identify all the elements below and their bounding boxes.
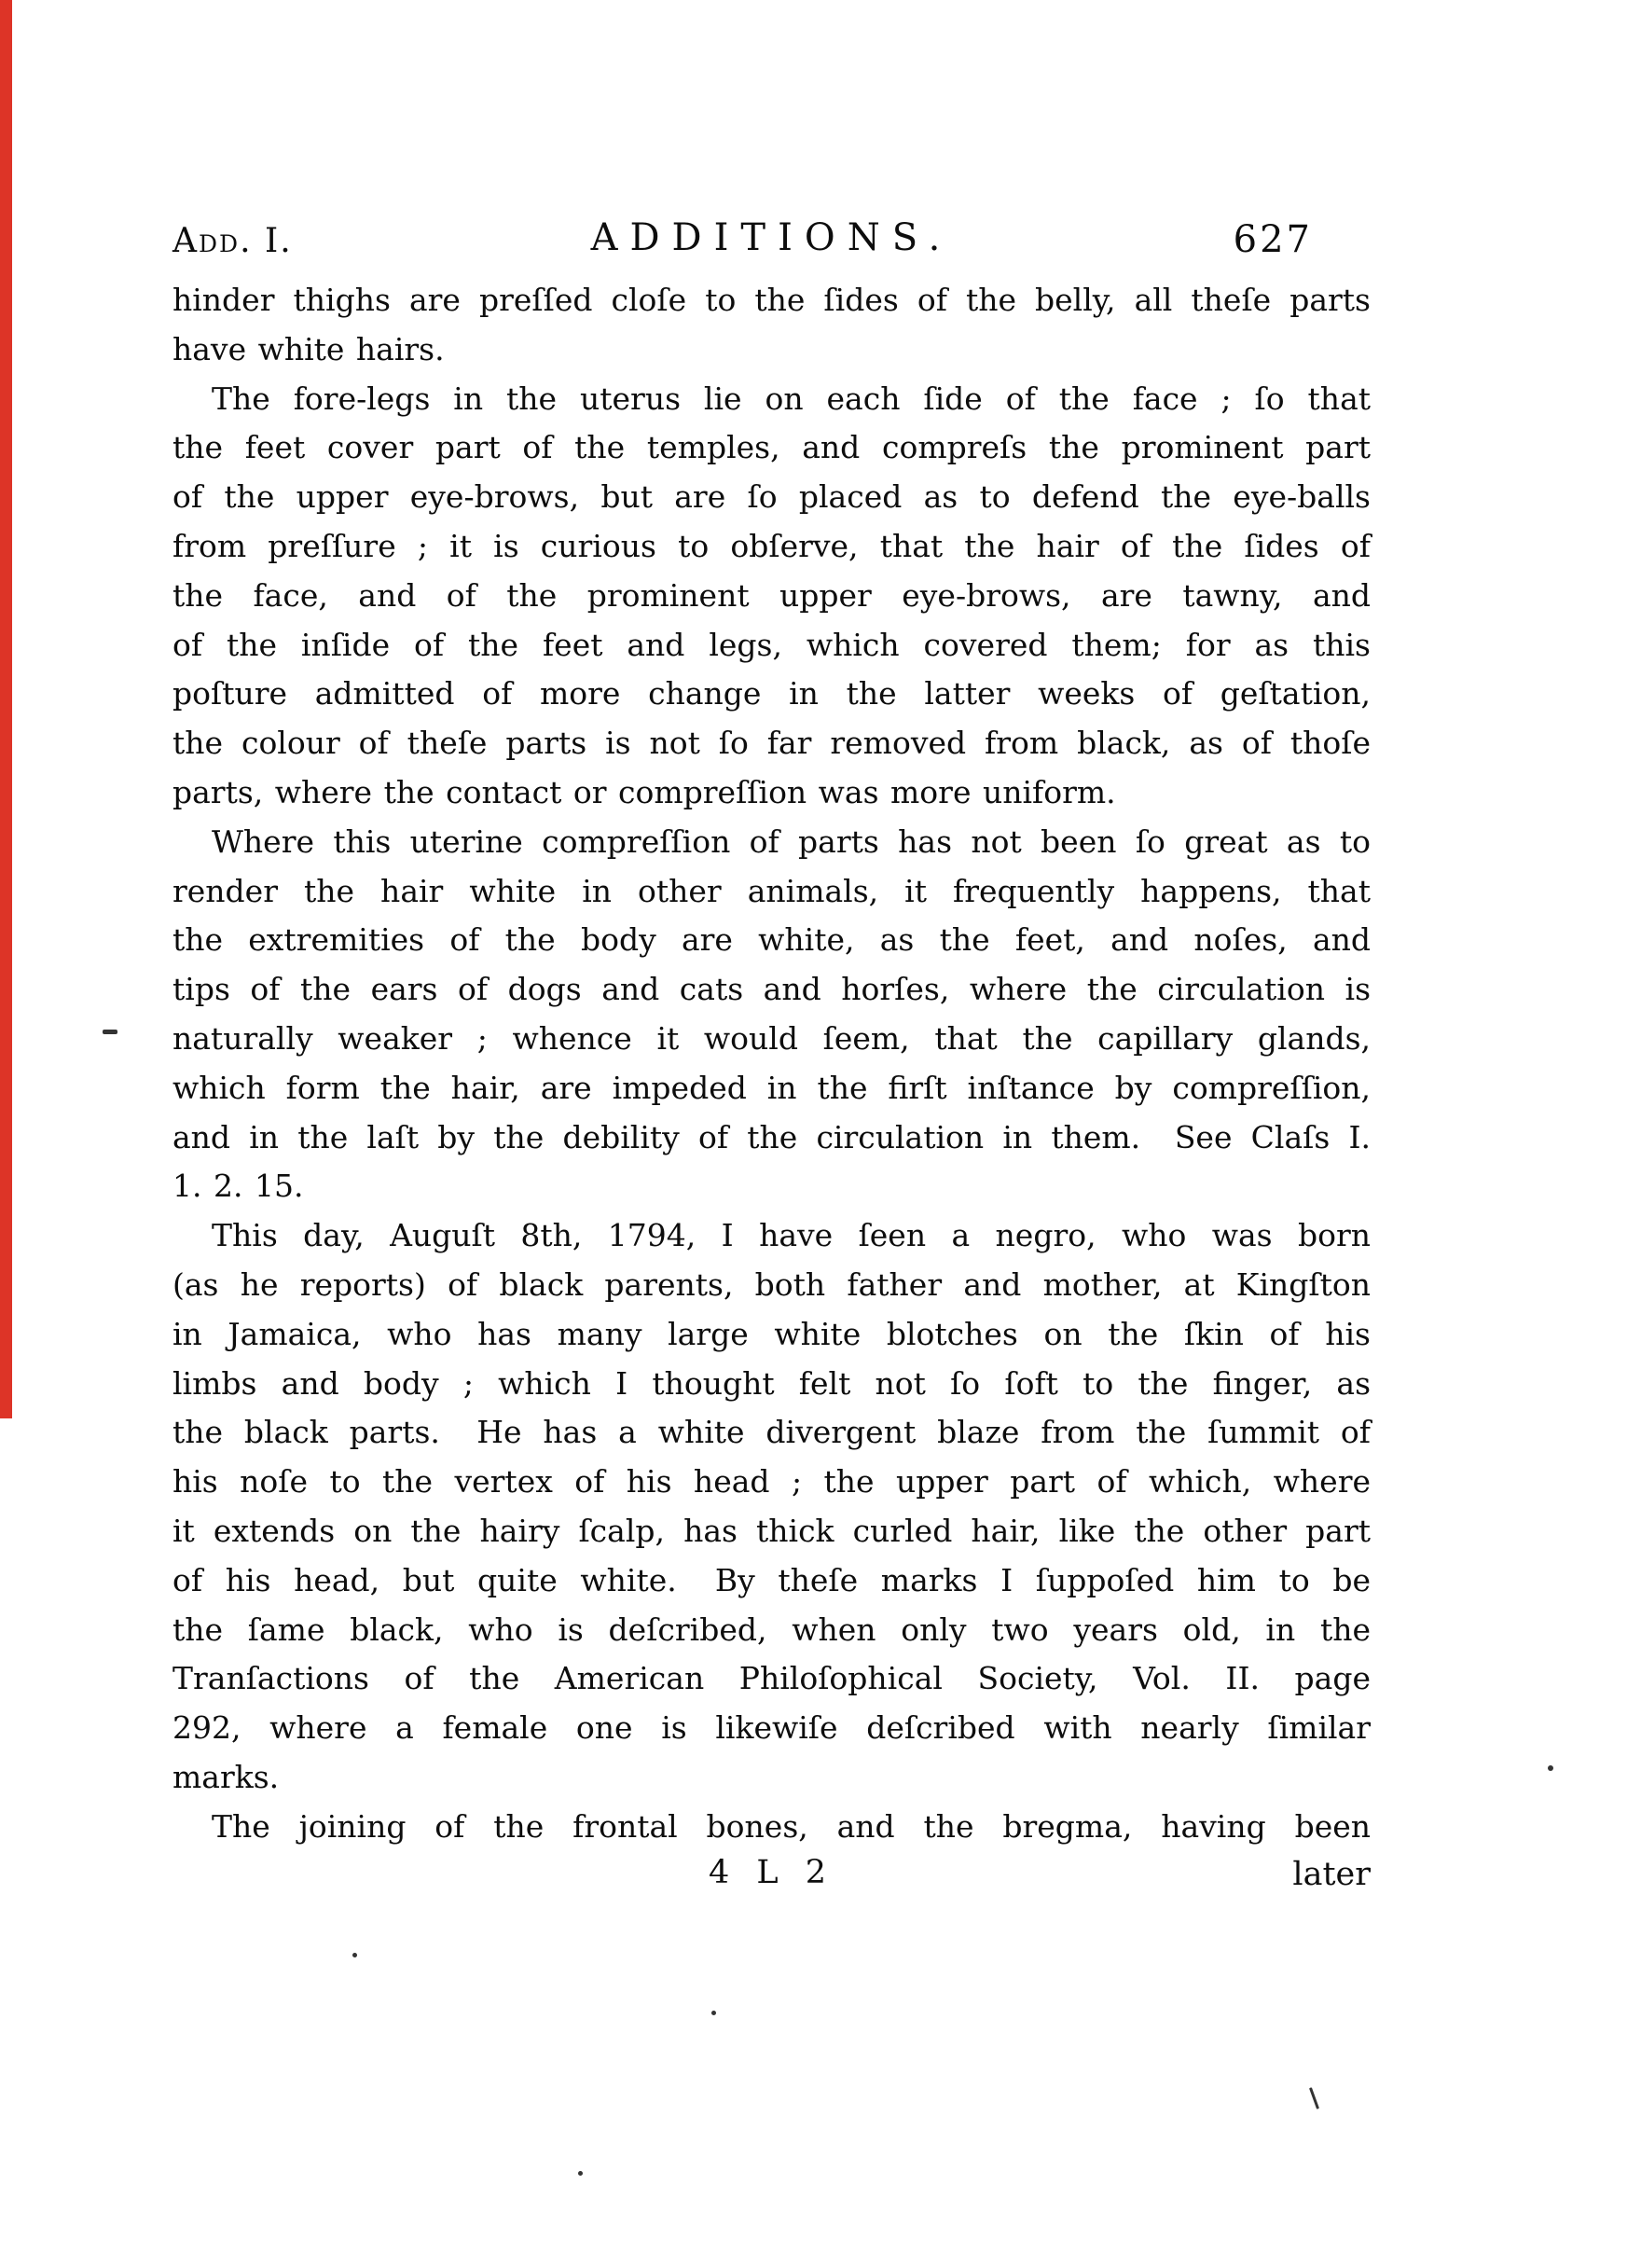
text-line: his noſe to the vertex of his head ; the… xyxy=(172,1458,1371,1507)
scan-speck xyxy=(578,2171,583,2176)
scan-speck xyxy=(1309,2087,1319,2109)
text-line: 292, where a female one is likewiſe deſc… xyxy=(172,1704,1371,1753)
scan-edge-artifact xyxy=(0,0,12,1418)
text-line: The fore-legs in the uterus lie on each … xyxy=(172,375,1371,424)
footer-catchword: later xyxy=(1292,1856,1371,1893)
text-line: the ſame black, who is deſcribed, when o… xyxy=(172,1606,1371,1655)
text-line: in Jamaica, who has many large white blo… xyxy=(172,1310,1371,1360)
text-line: 1. 2. 15. xyxy=(172,1162,1371,1211)
text-line: the extremities of the body are white, a… xyxy=(172,916,1371,965)
page-header: Add. I. ADDITIONS. 627 xyxy=(172,213,1371,272)
text-line: poſture admitted of more change in the l… xyxy=(172,670,1371,719)
text-line: have white hairs. xyxy=(172,325,1371,375)
scan-speck xyxy=(1548,1765,1553,1771)
text-line: of the inſide of the feet and legs, whic… xyxy=(172,621,1371,671)
paragraph: hinder thighs are preſſed cloſe to the ſ… xyxy=(172,276,1371,375)
text-line: Where this uterine compreſſion of parts … xyxy=(172,818,1371,867)
scan-speck xyxy=(352,1953,357,1957)
header-page-number: 627 xyxy=(1234,218,1313,261)
text-line: the feet cover part of the temples, and … xyxy=(172,423,1371,473)
text-line: and in the laſt by the debility of the c… xyxy=(172,1113,1371,1163)
paragraph: The joining of the frontal bones, and th… xyxy=(172,1803,1371,1852)
scan-speck xyxy=(711,2011,716,2015)
text-line: of the upper eye-brows, but are ſo place… xyxy=(172,473,1371,522)
footer-signature: 4 L 2 xyxy=(172,1854,1371,1891)
text-line: The joining of the frontal bones, and th… xyxy=(172,1803,1371,1852)
text-line: from preſſure ; it is curious to obſerve… xyxy=(172,522,1371,572)
page-footer: 4 L 2 later xyxy=(172,1854,1371,1906)
text-line: parts, where the contact or compreſſion … xyxy=(172,768,1371,818)
scanned-book-page: Add. I. ADDITIONS. 627 hinder thighs are… xyxy=(0,0,1641,2268)
text-line: tips of the ears of dogs and cats and ho… xyxy=(172,965,1371,1015)
header-title: ADDITIONS. xyxy=(172,216,1371,259)
text-line: This day, Auguſt 8th, 1794, I have ſeen … xyxy=(172,1211,1371,1261)
text-block: hinder thighs are preſſed cloſe to the ſ… xyxy=(172,276,1371,1852)
text-line: marks. xyxy=(172,1753,1371,1803)
text-line: it extends on the hairy ſcalp, has thick… xyxy=(172,1507,1371,1556)
paragraph: This day, Auguſt 8th, 1794, I have ſeen … xyxy=(172,1211,1371,1803)
text-line: which form the hair, are impeded in the … xyxy=(172,1064,1371,1113)
text-line: limbs and body ; which I thought felt no… xyxy=(172,1360,1371,1409)
paragraph: The fore-legs in the uterus lie on each … xyxy=(172,375,1371,818)
text-line: of his head, but quite white. By theſe m… xyxy=(172,1556,1371,1606)
text-line: the black parts. He has a white divergen… xyxy=(172,1408,1371,1458)
text-line: (as he reports) of black parents, both f… xyxy=(172,1261,1371,1310)
text-line: naturally weaker ; whence it would ſeem,… xyxy=(172,1015,1371,1064)
paragraph: Where this uterine compreſſion of parts … xyxy=(172,818,1371,1211)
text-line: the face, and of the prominent upper eye… xyxy=(172,572,1371,621)
text-line: render the hair white in other animals, … xyxy=(172,867,1371,917)
scan-speck xyxy=(103,1030,117,1034)
text-line: hinder thighs are preſſed cloſe to the ſ… xyxy=(172,276,1371,325)
text-line: Tranſactions of the American Philoſophic… xyxy=(172,1654,1371,1704)
text-line: the colour of theſe parts is not ſo far … xyxy=(172,719,1371,768)
